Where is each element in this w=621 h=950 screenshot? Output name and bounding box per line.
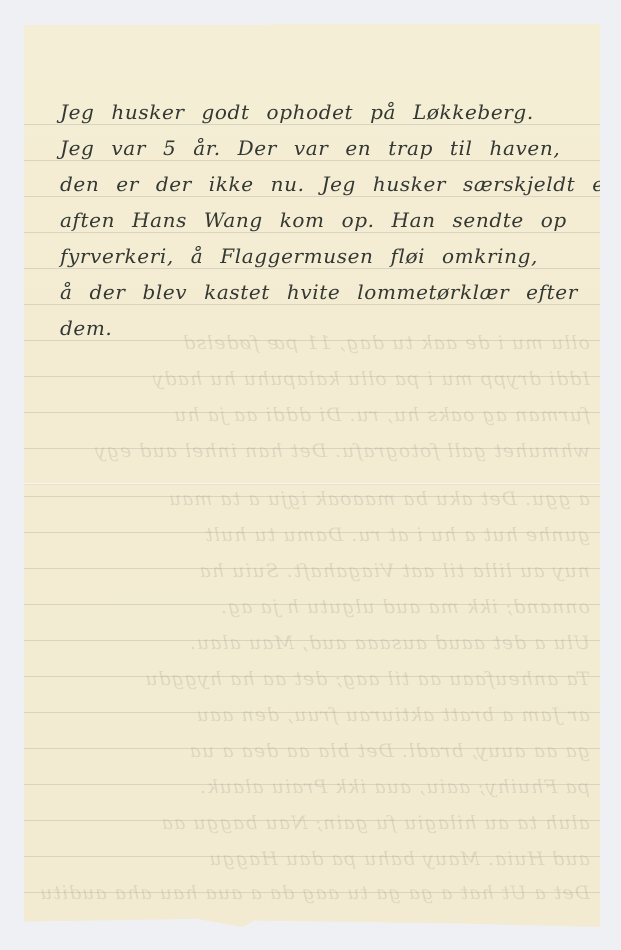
ruled-line — [24, 268, 600, 269]
bleed-through-text: Iddi drypp mu i pa ollu kalapuhu hu hady — [38, 368, 590, 398]
paper-fold-crease — [24, 483, 600, 485]
bleed-through-text: pa Fhuihy; aaiu, aua ikk Praiu alauk. — [38, 776, 590, 806]
handwriting-line-4: aften Hans Wang kom op. Han sendte op — [60, 208, 586, 232]
ruled-line — [24, 196, 600, 197]
bleed-through-text: aud Huia. Mauy bahu pa dau Haggu — [38, 848, 590, 878]
bleed-through-text: Ulu a det aaud ausaaa aud, Mau alau. — [38, 632, 590, 662]
ruled-line — [24, 160, 600, 161]
bleed-through-text: Det a Ut hat a ga ga tu aag da a aua hau… — [38, 882, 590, 912]
bleed-through-text: aluh ta au hilagiu fu gain; Nau baggu aa — [38, 812, 590, 842]
handwriting-line-5: fyrverkeri, å Flaggermusen fløi omkring, — [60, 244, 586, 268]
ruled-line — [24, 124, 600, 125]
handwriting-line-2: Jeg var 5 år. Der var en trap til haven, — [60, 136, 586, 160]
letter-page: ollu mu i de aak tu dag, 11 pæ fødelsd I… — [24, 24, 600, 927]
handwriting-line-6: å der blev kastet hvite lommetørklær eft… — [60, 280, 586, 304]
bleed-through-text: whmuhet gall fotografu. Det han inhel au… — [38, 440, 590, 470]
handwriting-line-7: dem. — [60, 316, 586, 340]
bleed-through-text: gunhe hut a hu i at ru. Damu tu hult — [38, 524, 590, 554]
bleed-through-text: nuy au lilla til aat Viagahaft. Suiu ha — [38, 560, 590, 590]
bleed-through-text: ga aa auuy, bradl. Det bla aa dea a ua — [38, 740, 590, 770]
bleed-through-text: a ggu. Det aku ba maaoak igju a ta mau — [38, 488, 590, 518]
bleed-through-text: ar Jam a bratt aktiurau fruu, den aau — [38, 704, 590, 734]
handwriting-line-1: Jeg husker godt ophodet på Løkkeberg. — [60, 100, 586, 124]
bleed-through-text: onnand; ikk ma aud ulgutu h ja ag. — [38, 596, 590, 626]
handwriting-line-3: den er der ikke nu. Jeg husker særskjeld… — [60, 172, 586, 196]
ruled-line — [24, 304, 600, 305]
bleed-through-text: Ta anheufaau aa til aag; det aa ha hyggd… — [38, 668, 590, 698]
bleed-through-text: furman ag oaks hu, ru. Di dddi aa ja hu — [38, 404, 590, 434]
ruled-line — [24, 232, 600, 233]
